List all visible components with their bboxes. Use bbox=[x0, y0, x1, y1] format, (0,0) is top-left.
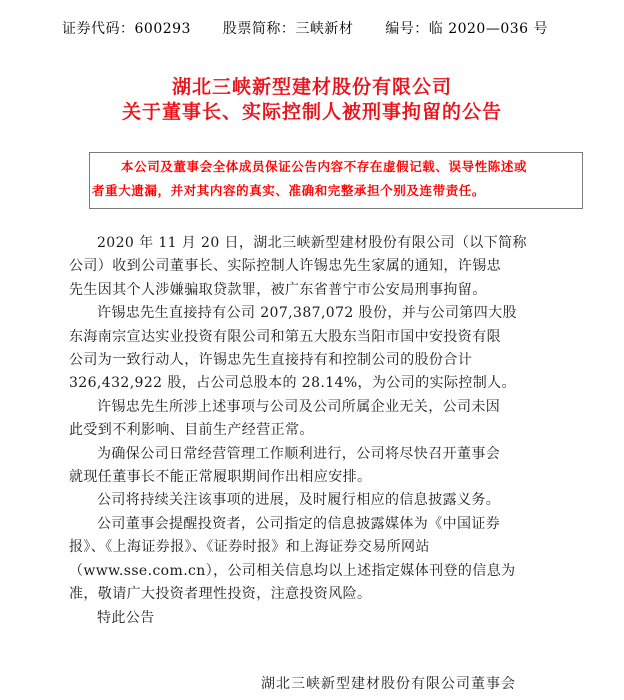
disclaimer-line-1: 本公司及董事会全体成员保证公告内容不存在虚假记载、误导性陈述或 bbox=[92, 155, 582, 179]
company-title: 湖北三峡新型建材股份有限公司 bbox=[0, 72, 624, 99]
paragraph-line: 326,432,922 股，占公司总股本的 28.14%，为公司的实际控制人。 bbox=[69, 372, 581, 395]
announcement-title: 关于董事长、实际控制人被刑事拘留的公告 bbox=[0, 97, 624, 124]
paragraph-line: 公司）收到公司董事长、实际控制人许锡忠先生家属的通知，许锡忠 bbox=[69, 255, 581, 278]
stock-code-label: 证券代码： bbox=[62, 18, 135, 38]
paragraph-line: 公司董事会提醒投资者，公司指定的信息披露媒体为《中国证券 bbox=[69, 513, 581, 536]
paragraph-line: 公司为一致行动人，许锡忠先生直接持有和控制公司的股份合计 bbox=[69, 349, 581, 372]
announcement-header: 证券代码：600293 股票简称：三峡新材 编号：临 2020—036 号 bbox=[62, 18, 562, 38]
board-signature: 湖北三峡新型建材股份有限公司董事会 bbox=[261, 673, 516, 693]
serial-label: 编号： bbox=[385, 18, 429, 38]
paragraph-line: 为确保公司日常经营管理工作顺利进行，公司将尽快召开董事会 bbox=[69, 443, 581, 466]
paragraph-line: 先生因其个人涉嫌骗取贷款罪，被广东省普宁市公安局刑事拘留。 bbox=[69, 279, 581, 302]
stock-code: 600293 bbox=[135, 21, 191, 37]
paragraph-line: 此受到不利影响、目前生产经营正常。 bbox=[69, 419, 581, 442]
paragraph-line: 2020 年 11 月 20 日，湖北三峡新型建材股份有限公司（以下简称 bbox=[69, 232, 581, 255]
paragraph-line: 公司将持续关注该事项的进展，及时履行相应的信息披露义务。 bbox=[69, 489, 581, 512]
disclaimer-line-2: 者重大遗漏，并对其内容的真实、准确和完整承担个别及连带责任。 bbox=[92, 179, 582, 203]
announcement-body: 2020 年 11 月 20 日，湖北三峡新型建材股份有限公司（以下简称 公司）… bbox=[69, 232, 581, 630]
paragraph-line: 准，敬请广大投资者理性投资，注意投资风险。 bbox=[69, 583, 581, 606]
serial-number: 临 2020—036 号 bbox=[429, 18, 548, 38]
paragraph-line: 报》、《上海证券报》、《证券时报》和上海证券交易所网站 bbox=[69, 536, 581, 559]
paragraph-line: 就现任董事长不能正常履职期间作出相应安排。 bbox=[69, 466, 581, 489]
paragraph-line: 许锡忠先生所涉上述事项与公司及公司所属企业无关，公司未因 bbox=[69, 396, 581, 419]
paragraph-line: （www.sse.com.cn），公司相关信息均以上述指定媒体刊登的信息为 bbox=[69, 560, 581, 583]
closing-remark: 特此公告 bbox=[69, 607, 581, 630]
paragraph-line: 许锡忠先生直接持有公司 207,387,072 股份，并与公司第四大股 bbox=[69, 302, 581, 325]
disclaimer-box: 本公司及董事会全体成员保证公告内容不存在虚假记载、误导性陈述或 者重大遗漏，并对… bbox=[89, 152, 583, 209]
short-name: 三峡新材 bbox=[295, 18, 353, 38]
short-name-label: 股票简称： bbox=[223, 18, 296, 38]
paragraph-line: 东海南宗宣达实业投资有限公司和第五大股东当阳市国中安投资有限 bbox=[69, 326, 581, 349]
